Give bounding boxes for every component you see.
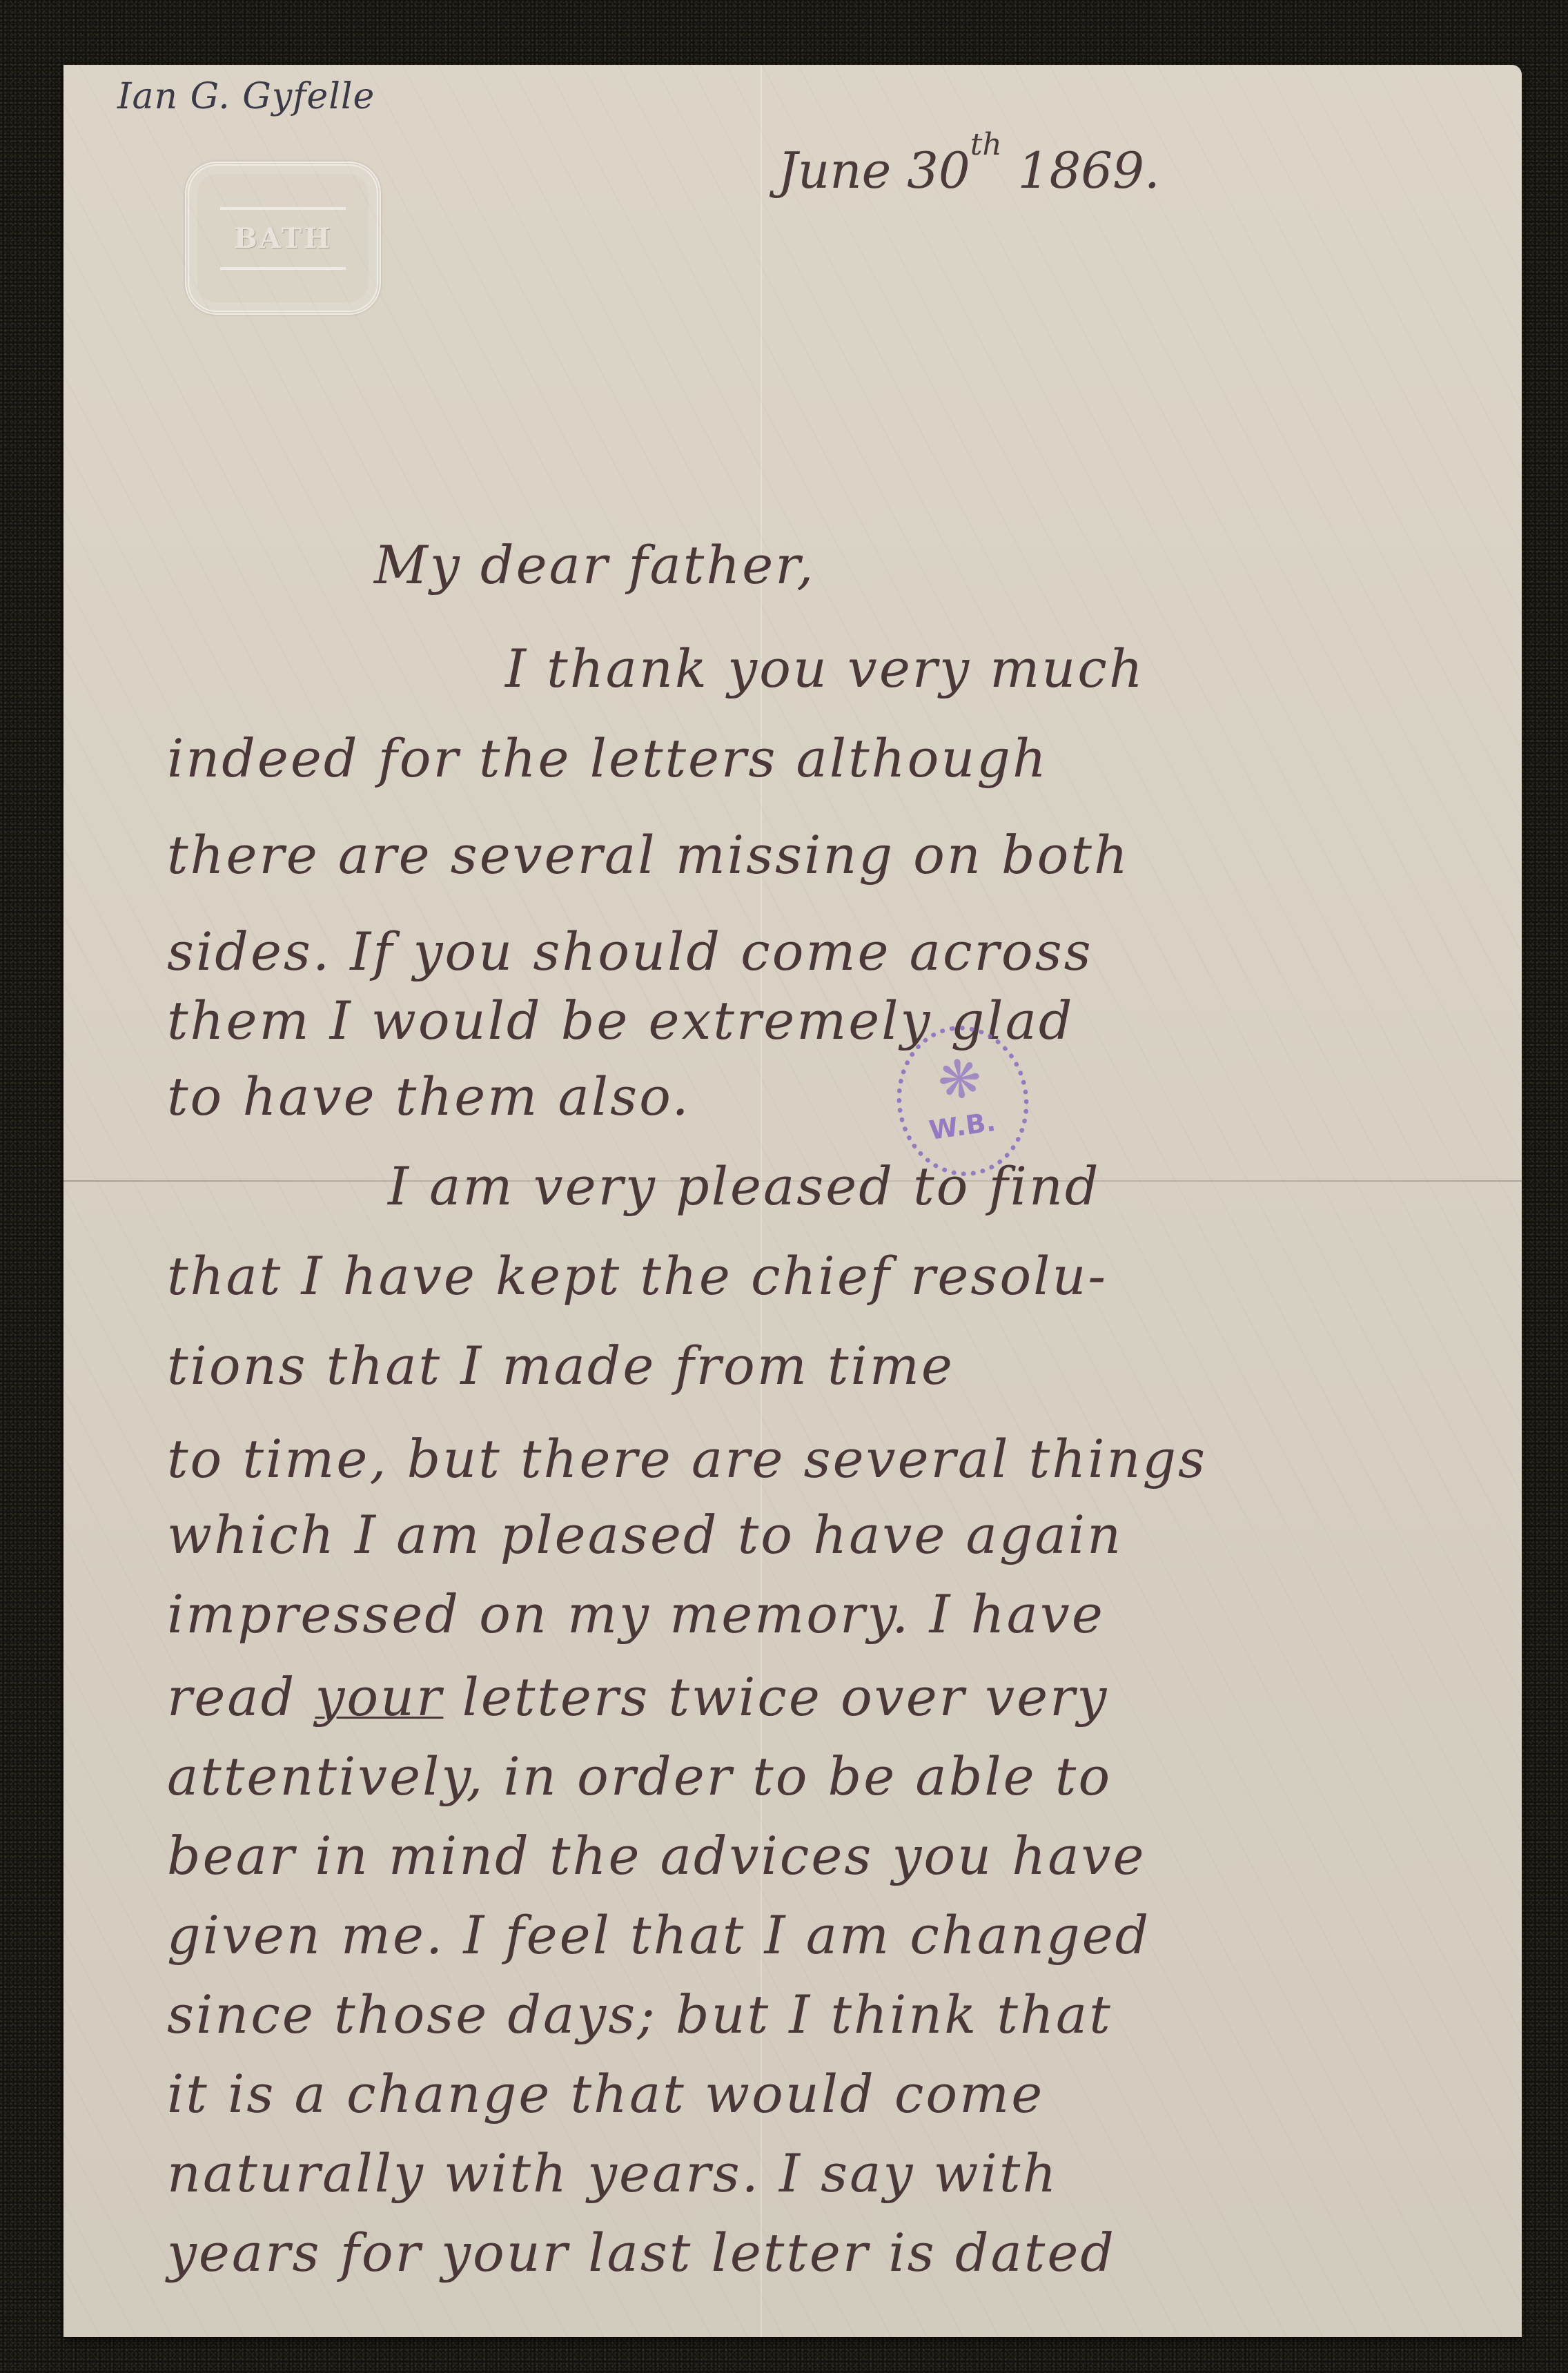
date-month-day: June 30 bbox=[778, 141, 970, 199]
catalog-annotation: Ian G. Gyfelle bbox=[117, 76, 375, 117]
letter-line-11: which I am pleased to have again bbox=[167, 1504, 1123, 1565]
letter-line-17: since those days; but I think that bbox=[167, 1984, 1113, 2045]
letter-line-3: there are several missing on both bbox=[167, 824, 1130, 886]
letter-line-20: years for your last letter is dated bbox=[167, 2222, 1116, 2283]
date-ordinal: th bbox=[970, 127, 1002, 162]
letter-page: Ian G. Gyfelle BATH June 30th 1869. My d… bbox=[63, 65, 1522, 2337]
emphasized-word: your bbox=[315, 1666, 443, 1728]
letter-line-16: given me. I feel that I am changed bbox=[167, 1904, 1150, 1966]
letter-line-14: attentively, in order to be able to bbox=[167, 1746, 1112, 1807]
letter-line-13: read your letters twice over very bbox=[167, 1666, 1108, 1728]
line13-after: letters twice over very bbox=[443, 1666, 1108, 1728]
emboss-text: BATH bbox=[220, 207, 346, 270]
letter-line-1: I thank you very much bbox=[505, 638, 1145, 699]
date-year: 1869. bbox=[1018, 141, 1160, 199]
letter-line-6: to have them also. bbox=[167, 1066, 691, 1127]
letter-line-7: I am very pleased to find bbox=[388, 1155, 1101, 1217]
letter-line-2: indeed for the letters although bbox=[167, 727, 1048, 789]
letter-line-4: sides. If you should come across bbox=[167, 921, 1093, 982]
bee-icon: ❋ bbox=[934, 1046, 986, 1113]
stamp-letters: W.B. bbox=[927, 1106, 997, 1146]
letter-date: June 30th 1869. bbox=[778, 127, 1160, 199]
line13-before: read bbox=[167, 1666, 315, 1728]
letter-line-10: to time, but there are several things bbox=[167, 1428, 1207, 1490]
letter-line-15: bear in mind the advices you have bbox=[167, 1825, 1146, 1886]
letter-line-8: that I have kept the chief resolu- bbox=[167, 1245, 1108, 1307]
salutation: My dear father, bbox=[374, 534, 815, 596]
embossed-stationer-stamp: BATH bbox=[185, 162, 381, 315]
letter-line-12: impressed on my memory. I have bbox=[167, 1583, 1105, 1645]
letter-line-19: naturally with years. I say with bbox=[167, 2142, 1058, 2204]
letter-line-18: it is a change that would come bbox=[167, 2063, 1044, 2125]
letter-line-9: tions that I made from time bbox=[167, 1335, 954, 1396]
